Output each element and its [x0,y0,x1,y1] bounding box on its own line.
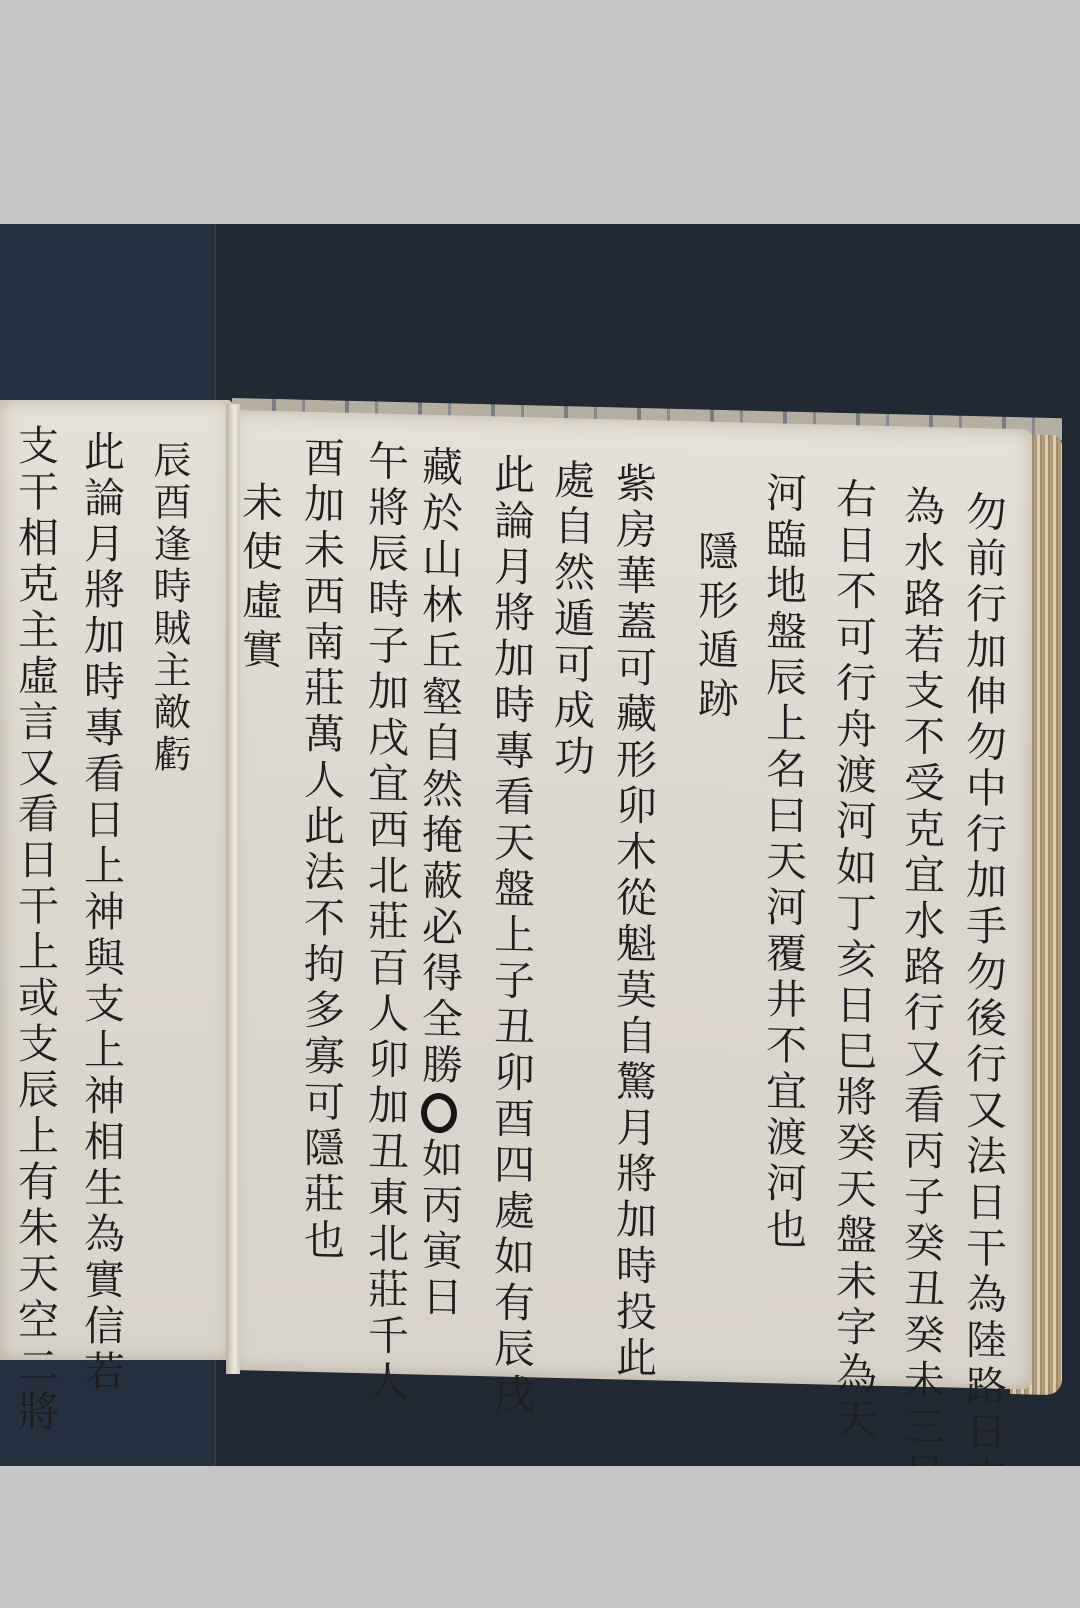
right-col-8: 此論月將加時專看天盤上子丑卯酉四處如有辰戌 [490,452,531,1419]
right-col-9-text: 藏於山林丘壑自然掩蔽必得全勝 [415,444,463,1089]
circle-mark-icon [421,1093,457,1134]
left-page: 辰酉逢時賊主敵虧 此論月將加時專看日上神與支上神相生為實信若 支干相克主虛言又看… [0,400,232,1360]
left-col-2: 此論月將加時專看日上神與支上神相生為實信若 [80,430,121,1396]
right-page: 勿前行加伸勿中行加手勿後行又法日干為陸路日支 為水路若支不受克宜水路行又看丙子癸… [232,410,1032,1390]
left-col-1: 辰酉逢時賊主敵虧 [150,440,188,776]
right-col-12: 未使虛實 [238,480,279,677]
right-col-9: 藏於山林丘壑自然掩蔽必得全勝如丙寅日 [418,445,459,1322]
right-col-10: 午將辰時子加戌宜西北莊百人卯加丑東北莊千人 [364,439,405,1406]
section-heading: 隱形遁跡 [694,529,735,726]
right-col-3: 右日不可行舟渡河如丁亥日巳將癸天盤未字為天 [832,477,873,1444]
book-gutter [226,404,240,1374]
right-col-2: 為水路若支不受克宜水路行又看丙子癸丑癸未三日為水 [900,484,941,1466]
right-col-9-tail: 如丙寅日 [415,1136,463,1321]
right-col-7: 處自然遁可成功 [550,458,591,781]
right-col-11: 酉加未西南莊萬人此法不拘多寡可隱莊也 [300,436,341,1265]
photo-background: 辰酉逢時賊主敵虧 此論月將加時專看日上神與支上神相生為實信若 支干相克主虛言又看… [0,224,1080,1466]
right-col-4: 河臨地盤辰上名曰天河覆井不宜渡河也 [762,471,803,1254]
right-col-1: 勿前行加伸勿中行加手勿後行又法日干為陸路日支 [962,490,1003,1466]
left-col-3: 支干相克主虛言又看日干上或支辰上有朱天空二將 [14,424,55,1436]
right-col-6: 紫房華蓋可藏形卯木從魁莫自驚月將加時投此 [612,461,653,1382]
